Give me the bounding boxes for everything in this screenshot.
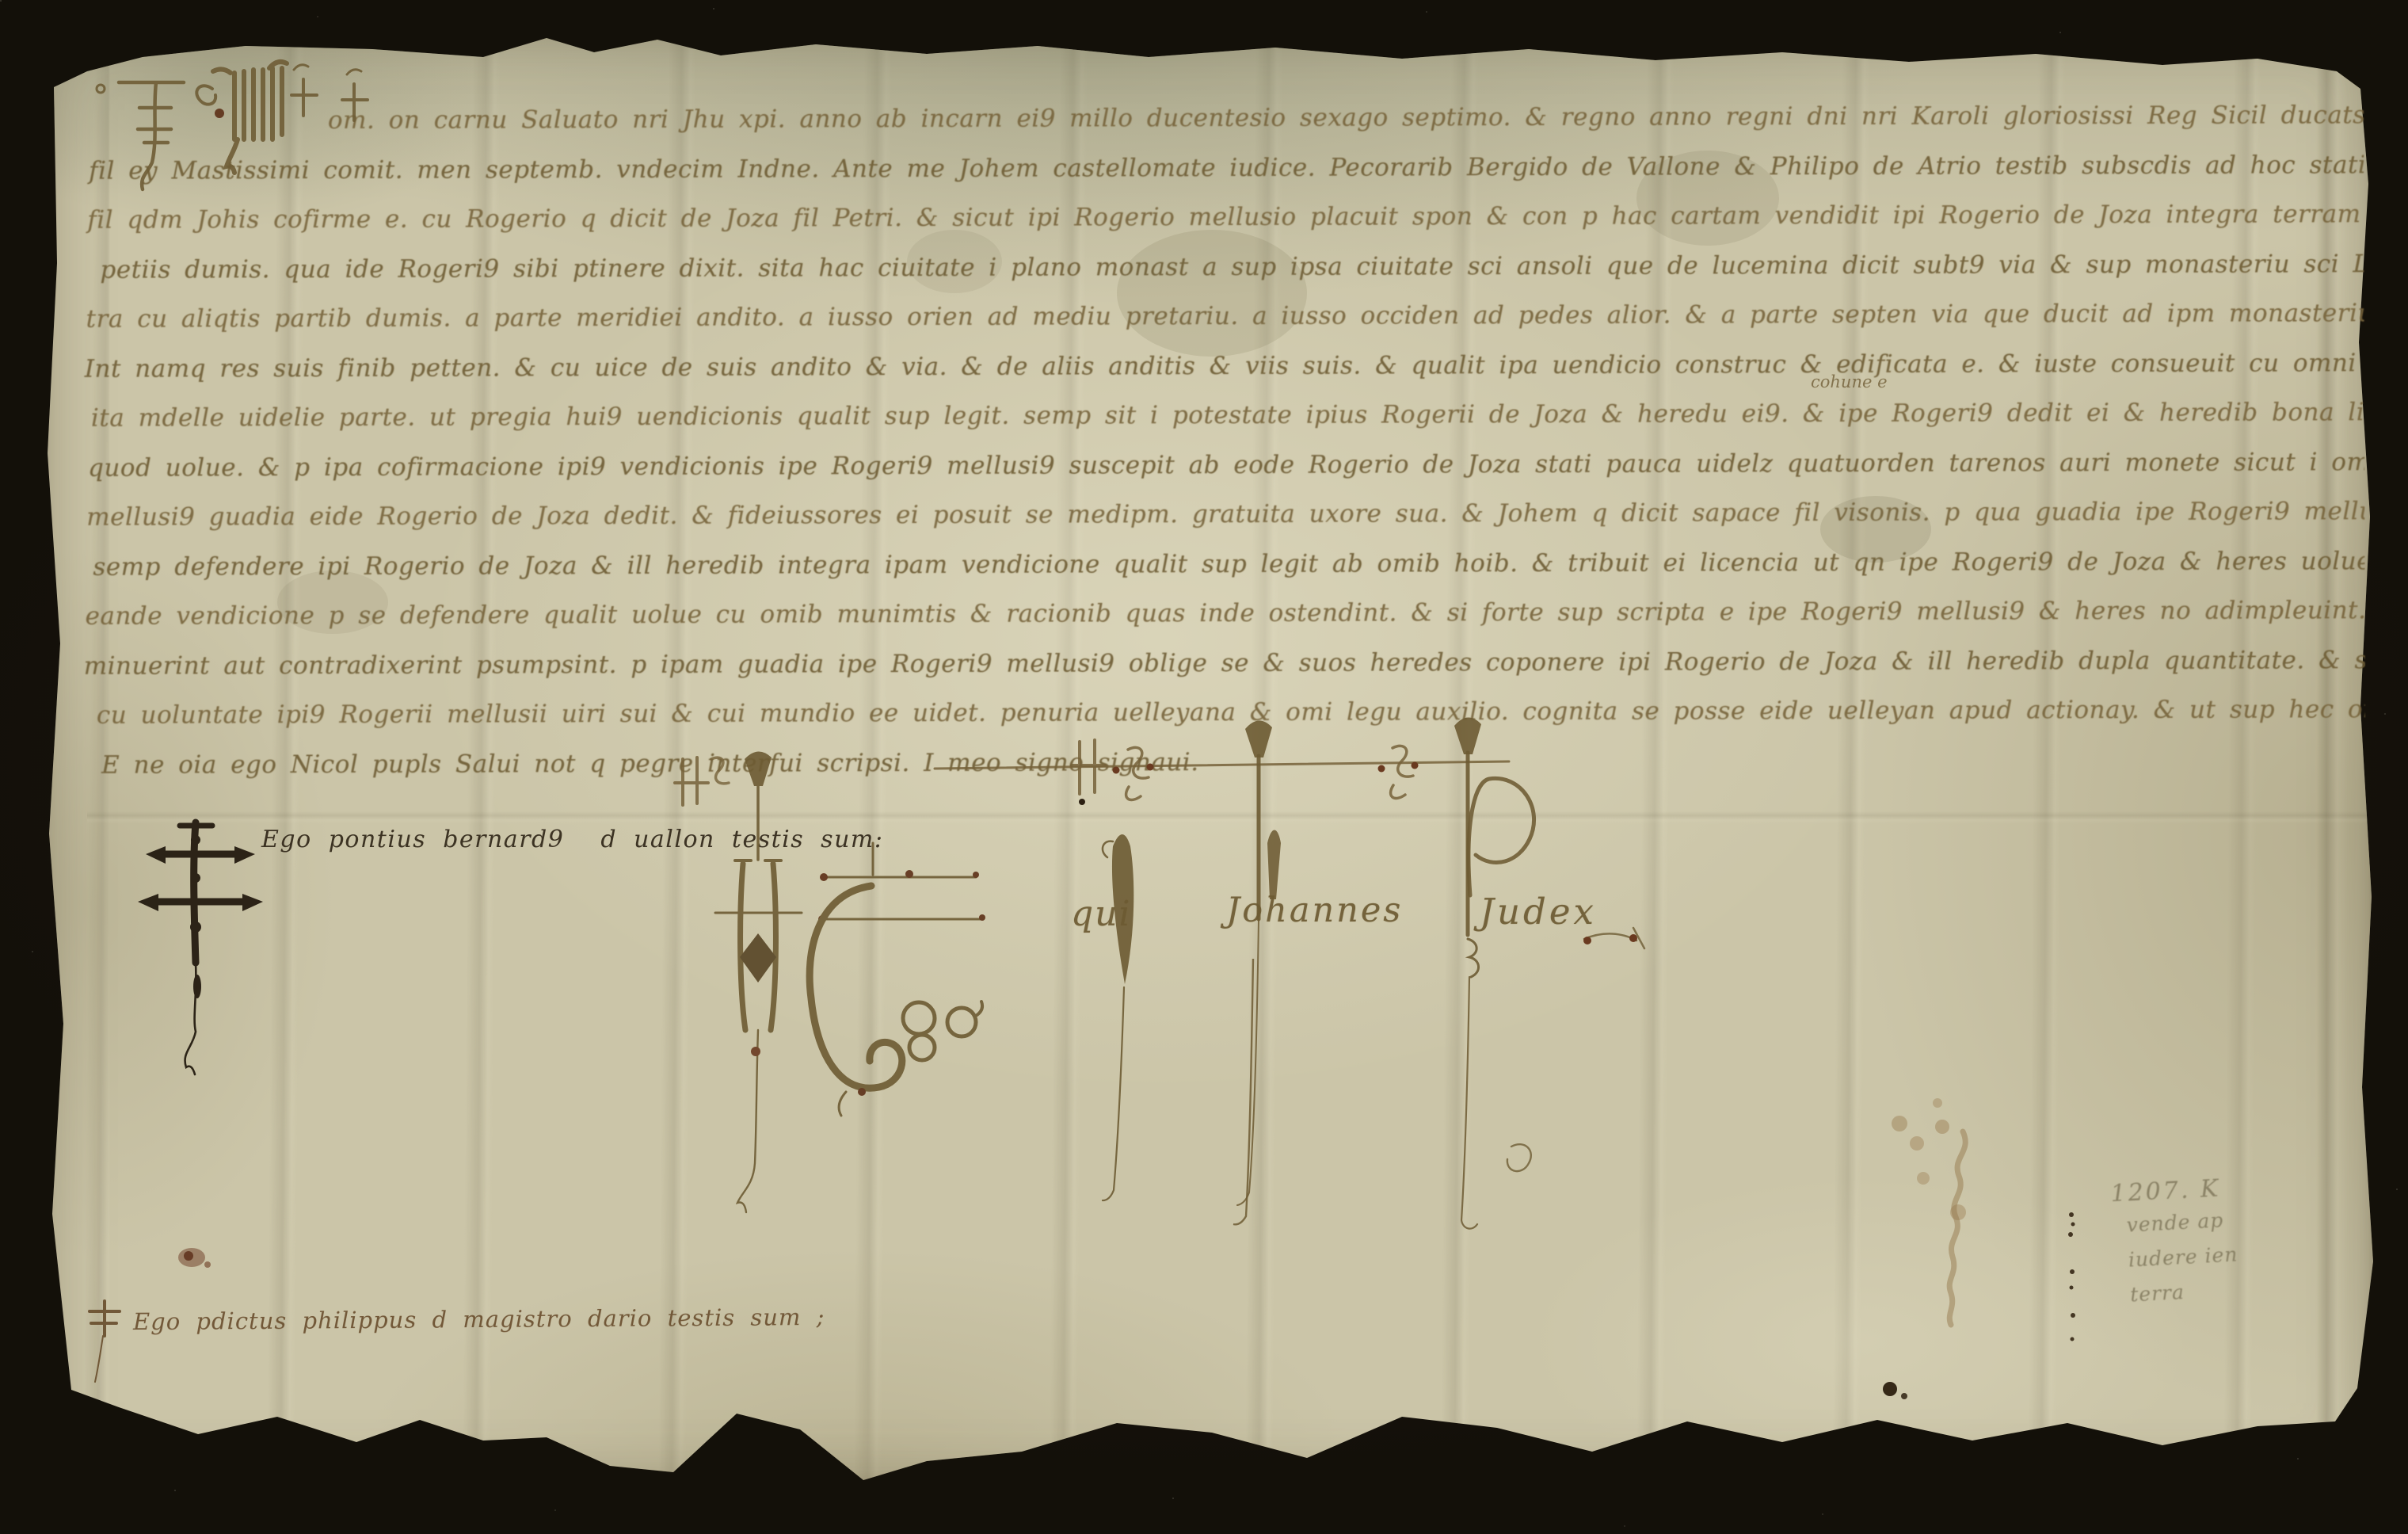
- text-line: petiis dumis. qua ide Rogeri9 sibi ptine…: [82, 239, 2364, 295]
- archival-note-line: terra: [2099, 1272, 2241, 1314]
- interlinear-addition: cohune e: [1811, 372, 1888, 391]
- archival-note: 1207. K vende ap iudere ien terra: [2094, 1173, 2241, 1314]
- notary-word-qui: qui: [1071, 894, 1132, 934]
- text-line: cu uoluntate ipi9 Rogerii mellusii uiri …: [84, 685, 2365, 740]
- photograph-background: om. on carnu Saluato nri Jhu xpi. anno a…: [0, 0, 2408, 1534]
- charter-body-text: om. on carnu Saluato nri Jhu xpi. anno a…: [82, 90, 2365, 790]
- witness-subscription-1: Ego pontius bernard9d uallon testis sum:: [261, 826, 883, 853]
- text-line: fil qdm Johis cofirme e. cu Rogerio q di…: [82, 189, 2364, 245]
- text-line: mellusi9 guadia eide Rogerio de Joza ded…: [83, 487, 2364, 542]
- witness-subscription-2: Ego pdictus philippus d magistro dario t…: [133, 1303, 825, 1335]
- text-line: quod uolue. & p ipa cofirmacione ipi9 ve…: [83, 437, 2364, 493]
- text-line: minuerint aut contradixerint psumpsint. …: [84, 635, 2365, 691]
- text-line: ita mdelle uidelie parte. ut pregia hui9…: [83, 387, 2364, 443]
- archival-note-line: iudere ien: [2097, 1237, 2239, 1279]
- text-line: E ne oia ego Nicol pupls Salui not q peg…: [84, 735, 2365, 790]
- dust-specks: [0, 0, 2, 2]
- text-line: tra cu aliqtis partib dumis. a parte mer…: [83, 288, 2364, 344]
- witness1-text-end: d uallon testis sum:: [600, 826, 883, 853]
- text-line: semp defendere ipi Rogerio de Joza & ill…: [83, 536, 2364, 592]
- text-line: fil ey Mastissimi comit. men septemb. vn…: [82, 140, 2364, 196]
- text-line: Int namq res suis finib petten. & cu uic…: [83, 338, 2364, 394]
- notary-word-johannes: Johannes: [1226, 891, 1403, 930]
- horizontal-fold-crease: [87, 811, 2384, 824]
- notary-word-judex: Judex: [1480, 891, 1597, 933]
- witness1-text-start: Ego pontius bernard9: [261, 826, 564, 853]
- text-line: om. on carnu Saluato nri Jhu xpi. anno a…: [82, 90, 2364, 146]
- text-line: eande vendicione p se defendere qualit u…: [83, 586, 2364, 641]
